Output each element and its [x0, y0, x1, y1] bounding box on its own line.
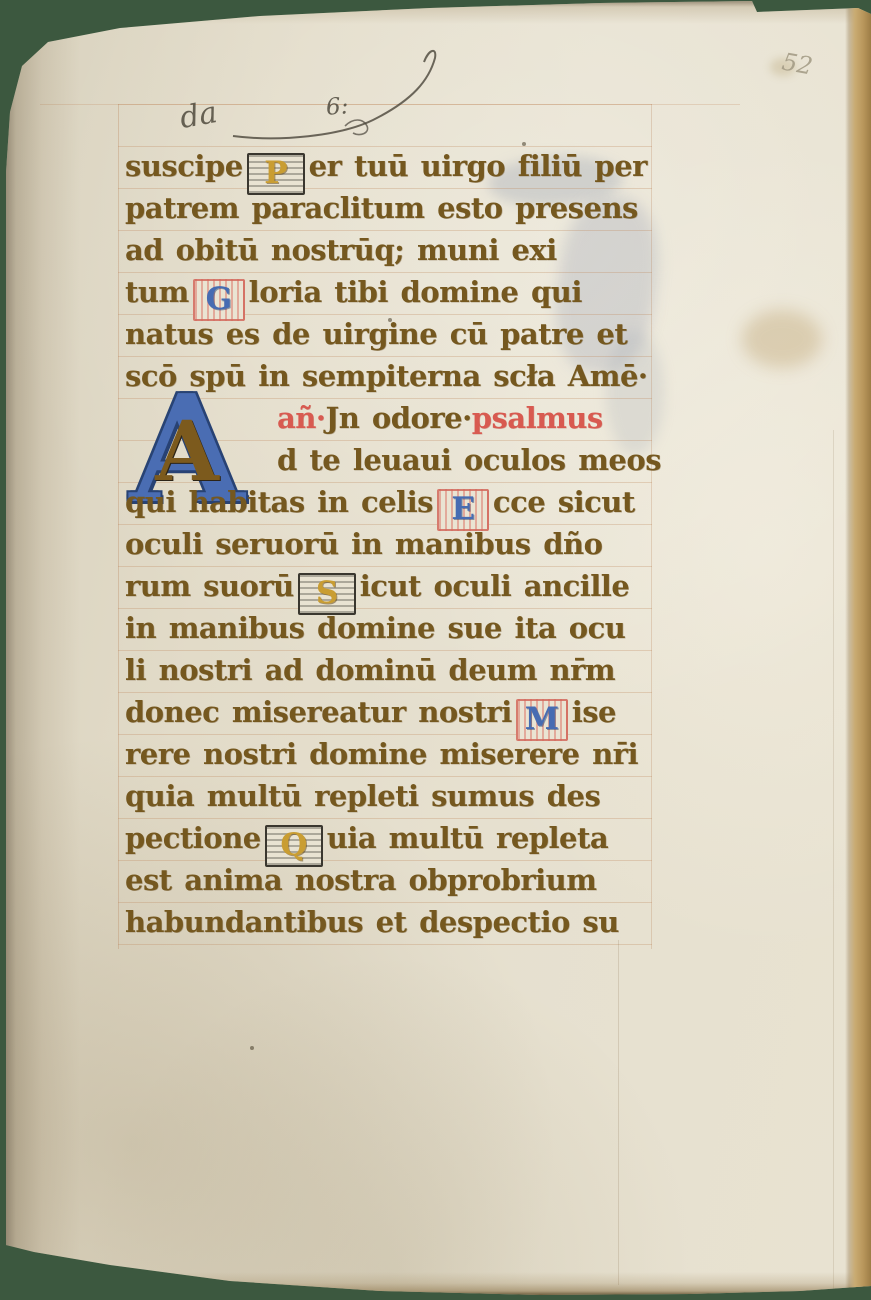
- manuscript-line: quia multū repleti sumus des: [125, 776, 650, 818]
- text-segment: rere nostri domine miserere nr̄i: [125, 737, 638, 771]
- text-segment: habundantibus et despectio su: [125, 905, 619, 939]
- page-bottom-edge: [0, 1272, 871, 1300]
- text-segment: tum: [125, 275, 189, 309]
- binding-gutter-shadow: [0, 0, 80, 1300]
- manuscript-line: est anima nostra obprobrium: [125, 860, 650, 902]
- text-segment: ad obitū nostrūq; muni exi: [125, 233, 557, 267]
- text-segment: oculi seruorū in manibus dño: [125, 527, 602, 561]
- text-segment: quia multū repleti sumus des: [125, 779, 600, 813]
- manuscript-line: natus es de uirgine cū patre et: [125, 314, 650, 356]
- manuscript-line: rum suorūSicut oculi ancille: [125, 566, 650, 608]
- text-segment: patrem paraclitum esto presens: [125, 191, 638, 225]
- parchment-crease: [833, 430, 834, 1290]
- text-segment: Jn odore·: [325, 401, 471, 435]
- text-segment: suscipe: [125, 149, 243, 183]
- text-segment: in manibus domine sue ita ocu: [125, 611, 625, 645]
- text-segment: d te leuaui oculos meos: [277, 443, 661, 477]
- book-fore-edge: [845, 6, 871, 1294]
- text-segment: cce sicut: [493, 485, 635, 519]
- text-block: suscipePer tuū uirgo filiū perpatrem par…: [125, 146, 650, 944]
- manuscript-line: habundantibus et despectio su: [125, 902, 650, 944]
- manuscript-line: in manibus domine sue ita ocu: [125, 608, 650, 650]
- text-segment: ise: [572, 695, 616, 729]
- text-segment: añ·: [277, 401, 325, 435]
- manuscript-line: scō spū in sempiterna scła Amē·: [125, 356, 650, 398]
- text-segment: li nostri ad dominū deum nr̄m: [125, 653, 615, 687]
- folio-number: 52: [780, 48, 815, 81]
- parchment-stain: [742, 310, 822, 368]
- text-segment: est anima nostra obprobrium: [125, 863, 596, 897]
- manuscript-line: donec misereatur nostriMise: [125, 692, 650, 734]
- text-segment: er tuū uirgo filiū per: [309, 149, 647, 183]
- text-segment: uia multū repleta: [327, 821, 609, 855]
- manuscript-line: tumGloria tibi domine qui: [125, 272, 650, 314]
- manuscript-line: pectioneQuia multū repleta: [125, 818, 650, 860]
- text-segment: rum suorū: [125, 569, 294, 603]
- manuscript-line: li nostri ad dominū deum nr̄m: [125, 650, 650, 692]
- manuscript-line: rere nostri domine miserere nr̄i: [125, 734, 650, 776]
- text-segment: scō spū in sempiterna scła Amē·: [125, 359, 648, 393]
- page-top-edge: [0, 0, 871, 24]
- text-segment: natus es de uirgine cū patre et: [125, 317, 627, 351]
- parchment-crease: [618, 940, 619, 1285]
- text-segment: psalmus: [472, 401, 603, 435]
- manuscript-line: d te leuaui oculos meos: [125, 440, 650, 482]
- ink-speck: [250, 1046, 254, 1050]
- manuscript-photo: 52 da 6: A A suscipePer tuū uirgo filiū …: [0, 0, 871, 1300]
- text-segment: loria tibi domine qui: [249, 275, 582, 309]
- manuscript-line: qui habitas in celisEcce sicut: [125, 482, 650, 524]
- manuscript-line: patrem paraclitum esto presens: [125, 188, 650, 230]
- text-segment: pectione: [125, 821, 261, 855]
- pen-trial-text: da: [177, 95, 220, 136]
- text-segment: donec misereatur nostri: [125, 695, 512, 729]
- manuscript-line: oculi seruorū in manibus dño: [125, 524, 650, 566]
- parchment-page: 52 da 6: A A suscipePer tuū uirgo filiū …: [0, 0, 871, 1300]
- manuscript-line: añ·Jn odore·psalmus: [125, 398, 650, 440]
- text-segment: icut oculi ancille: [360, 569, 630, 603]
- manuscript-line: ad obitū nostrūq; muni exi: [125, 230, 650, 272]
- pen-flourish-swash: [225, 38, 460, 153]
- text-segment: qui habitas in celis: [125, 485, 433, 519]
- manuscript-line: suscipePer tuū uirgo filiū per: [125, 146, 650, 188]
